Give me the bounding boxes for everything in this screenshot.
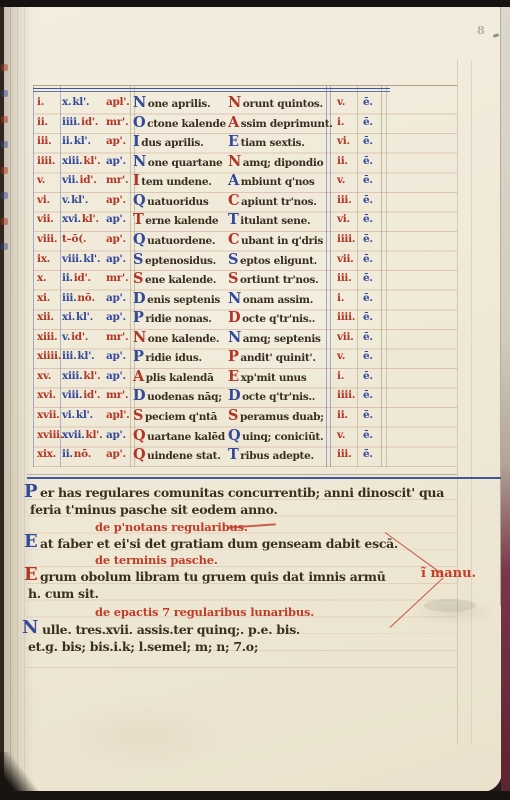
table-cell: Namq; dipondio bbox=[228, 152, 332, 174]
table-cell: i. bbox=[332, 367, 358, 389]
day-number: viii. bbox=[37, 233, 57, 245]
table-cell: xiii.kl'. bbox=[59, 152, 101, 174]
verse-text-left: ene kalende. bbox=[145, 274, 216, 286]
table-cell: Item undene. bbox=[131, 171, 228, 193]
concurrent-number: iii. bbox=[337, 194, 351, 206]
date-abbrev: kl'. bbox=[83, 155, 100, 167]
table-cell: ap'. bbox=[101, 250, 131, 272]
table-cell: Quartane kalēd bbox=[131, 426, 228, 448]
table-cell: Assim deprimunt. bbox=[228, 113, 332, 135]
date-numeral: t–ō(. bbox=[62, 233, 86, 245]
table-top-rule-blue bbox=[33, 91, 390, 92]
verse-text-left: plis kalendā bbox=[146, 372, 214, 384]
date-numeral: vii. bbox=[62, 174, 79, 186]
table-row: v.vii.id'.mr'.Item undene.Ambiunt q'nosv… bbox=[33, 171, 384, 191]
table-cell: ē. bbox=[358, 132, 384, 154]
table-cell: ē. bbox=[358, 406, 384, 428]
verse-text-right: octe q'tr'nis.. bbox=[242, 391, 315, 403]
concurrent-number: iiii. bbox=[337, 233, 355, 245]
verse-text-right: octe q'tr'nis.. bbox=[242, 313, 315, 325]
day-number: xiii. bbox=[37, 331, 57, 343]
date-abbrev: kl'. bbox=[83, 253, 100, 265]
date-numeral: iiii. bbox=[62, 116, 80, 128]
verse-initial: Q bbox=[133, 427, 146, 444]
verse-initial: C bbox=[228, 192, 240, 209]
concurrent-number: i. bbox=[337, 292, 344, 304]
photo-bottom-border bbox=[0, 791, 510, 800]
verse-text-left: enis septenis bbox=[147, 294, 220, 306]
day-number: xvii. bbox=[37, 409, 60, 421]
verse-initial: N bbox=[133, 94, 146, 111]
day-number: x. bbox=[37, 272, 46, 284]
table-cell: iiii. bbox=[33, 152, 59, 174]
day-number: xvi. bbox=[37, 389, 56, 401]
date-numeral: vi. bbox=[62, 409, 75, 421]
page-edge-seam bbox=[17, 6, 18, 792]
day-number: vi. bbox=[37, 194, 50, 206]
verse-initial: C bbox=[228, 231, 240, 248]
table-cell: t–ō(. bbox=[59, 230, 101, 252]
table-cell: ap'. bbox=[101, 289, 131, 311]
date-numeral: viii. bbox=[62, 389, 82, 401]
concurrent-number: i. bbox=[337, 116, 344, 128]
concurrent-number: iii. bbox=[337, 448, 351, 460]
rubric: de terminis pasche. bbox=[95, 553, 218, 567]
table-cell: xviii. bbox=[33, 426, 59, 448]
photo-top-border bbox=[0, 0, 510, 7]
verse-initial: Q bbox=[133, 446, 146, 463]
month-abbrev: ap'. bbox=[106, 311, 126, 323]
manuscript-scan: i.x.kl'.apl'.None aprilis.Norunt quintos… bbox=[0, 0, 510, 800]
table-cell: i. bbox=[332, 113, 358, 135]
epact-mark: ē. bbox=[363, 96, 373, 108]
table-cell: ap'. bbox=[101, 367, 131, 389]
day-number: iiii. bbox=[37, 155, 55, 167]
table-cell: mr'. bbox=[101, 171, 131, 193]
table-cell: ē. bbox=[358, 426, 384, 448]
table-cell: ii.kl'. bbox=[59, 132, 101, 154]
verse-text-right: onam assim. bbox=[243, 294, 313, 306]
table-cell: iii. bbox=[332, 445, 358, 467]
concurrent-number: ii. bbox=[337, 155, 348, 167]
text-line: grum obolum libram tu gruem quis dat imn… bbox=[40, 569, 386, 584]
table-cell: mr'. bbox=[101, 269, 131, 291]
table-cell: Aplis kalendā bbox=[131, 367, 228, 389]
table-cell: ē. bbox=[358, 445, 384, 467]
epact-mark: ē. bbox=[363, 116, 373, 128]
verse-initial: T bbox=[228, 446, 239, 463]
date-abbrev: nō. bbox=[74, 448, 91, 460]
table-top-rule-brown bbox=[33, 85, 457, 86]
table-row: ii.iiii.id'.mr'.Octone kalendeAssim depr… bbox=[33, 113, 384, 133]
table-row: xix.ii.nō.ap'.Quindene stat.Tribus adept… bbox=[33, 445, 384, 465]
table-cell: ē. bbox=[358, 328, 384, 350]
verse-initial: P bbox=[133, 309, 144, 326]
concurrent-number: v. bbox=[337, 174, 345, 186]
table-right-border-rule bbox=[386, 86, 387, 467]
month-abbrev: ap'. bbox=[106, 448, 126, 460]
table-cell: viii.kl'. bbox=[59, 250, 101, 272]
facing-page-bleed-mark bbox=[1, 167, 8, 174]
table-cell: ē. bbox=[358, 210, 384, 232]
table-cell: Pridie idus. bbox=[131, 347, 228, 369]
month-abbrev: ap'. bbox=[106, 292, 126, 304]
table-cell: Sortiunt tr'nos. bbox=[228, 269, 332, 291]
date-numeral: v. bbox=[62, 331, 70, 343]
date-abbrev: id'. bbox=[81, 116, 98, 128]
date-numeral: viii. bbox=[62, 253, 82, 265]
paragraph-initial: P bbox=[24, 481, 38, 502]
verse-text-right: ortiunt tr'nos. bbox=[240, 274, 318, 286]
date-numeral: xvii. bbox=[62, 429, 85, 441]
text-line: et.g. bis; bis.i.k; l.semel; m; n; 7.o; bbox=[28, 639, 258, 654]
text-line: h. cum sit. bbox=[28, 586, 99, 601]
table-cell: ap'. bbox=[101, 191, 131, 213]
epact-mark: ē. bbox=[363, 409, 373, 421]
table-cell: xvi. bbox=[33, 386, 59, 408]
concurrent-number: iiii. bbox=[337, 389, 355, 401]
table-cell: i. bbox=[33, 93, 59, 115]
table-row: iiii.xiii.kl'.ap'.None quartaneNamq; dip… bbox=[33, 152, 384, 172]
facing-page-bleed-mark bbox=[1, 116, 8, 123]
table-cell: xiii. bbox=[33, 328, 59, 350]
facing-page-bleed-mark bbox=[1, 192, 8, 199]
table-cell: None kalende. bbox=[131, 328, 228, 350]
concurrent-number: iiii. bbox=[337, 311, 355, 323]
verse-text-right: ubant in q'dris bbox=[241, 235, 323, 247]
text-line: er has regulares comunitas concurrentib;… bbox=[40, 485, 444, 500]
folio-number: 8 bbox=[477, 24, 485, 37]
verse-initial: O bbox=[133, 114, 146, 131]
verse-text-left: uatuoridus bbox=[147, 196, 208, 208]
table-row: xi.iii.nō.ap'.Denis septenisNonam assim.… bbox=[33, 289, 384, 309]
table-cell: v. bbox=[332, 93, 358, 115]
table-cell: viii.id'. bbox=[59, 386, 101, 408]
verse-initial: Q bbox=[133, 231, 146, 248]
table-cell: None quartane bbox=[131, 152, 228, 174]
epact-mark: ē. bbox=[363, 429, 373, 441]
table-cell: ap'. bbox=[101, 132, 131, 154]
facing-page-bleed-mark bbox=[1, 64, 8, 71]
date-abbrev: nō. bbox=[77, 292, 94, 304]
table-cell: Capiunt tr'nos. bbox=[228, 191, 332, 213]
verse-initial: D bbox=[133, 387, 146, 404]
table-cell: v. bbox=[33, 171, 59, 193]
epact-mark: ē. bbox=[363, 233, 373, 245]
table-row: x.ii.id'.mr'.Sene kalende.Sortiunt tr'no… bbox=[33, 269, 384, 289]
table-cell: Quatuoridus bbox=[131, 191, 228, 213]
epact-mark: ē. bbox=[363, 311, 373, 323]
table-cell: Docte q'tr'nis.. bbox=[228, 386, 332, 408]
verse-text-left: uartane kalēd bbox=[147, 431, 225, 443]
month-abbrev: ap'. bbox=[106, 155, 126, 167]
epact-mark: ē. bbox=[363, 174, 373, 186]
section-divider-blue bbox=[27, 477, 507, 479]
table-row: xvii.vi.kl'.apl'.Speciem q'ntāSperamus d… bbox=[33, 406, 384, 426]
verse-text-left: one quartane bbox=[148, 157, 223, 169]
month-abbrev: mr'. bbox=[106, 331, 128, 343]
table-cell: Norunt quintos. bbox=[228, 93, 332, 115]
date-numeral: xvi. bbox=[62, 213, 81, 225]
epact-mark: ē. bbox=[363, 370, 373, 382]
table-cell: ē. bbox=[358, 171, 384, 193]
table-cell: ap'. bbox=[101, 152, 131, 174]
table-cell: iii.nō. bbox=[59, 289, 101, 311]
month-abbrev: mr'. bbox=[106, 174, 128, 186]
verse-text-left: uodenas nāq; bbox=[147, 391, 222, 403]
month-abbrev: mr'. bbox=[106, 272, 128, 284]
table-cell: iii. bbox=[332, 269, 358, 291]
verse-initial: S bbox=[133, 270, 143, 287]
verse-initial: P bbox=[228, 348, 239, 365]
table-cell: vi. bbox=[332, 210, 358, 232]
table-row: xvi.viii.id'.mr'.Duodenas nāq;Docte q'tr… bbox=[33, 386, 384, 406]
concurrent-number: v. bbox=[337, 96, 345, 108]
day-number: xix. bbox=[37, 448, 56, 460]
table-cell: Pridie nonas. bbox=[131, 308, 228, 330]
table-cell: iiii. bbox=[332, 230, 358, 252]
verse-text-right: andit' quinit'. bbox=[240, 352, 315, 364]
verse-initial: A bbox=[228, 172, 239, 189]
month-abbrev: mr'. bbox=[106, 116, 128, 128]
verse-text-left: eptenosidus. bbox=[145, 255, 216, 267]
table-row: vi.v.kl'.ap'.QuatuoridusCapiunt tr'nos.i… bbox=[33, 191, 384, 211]
date-abbrev: kl'. bbox=[82, 213, 99, 225]
verse-initial: N bbox=[228, 94, 241, 111]
table-cell: xiiii. bbox=[33, 347, 59, 369]
verse-initial: D bbox=[228, 309, 241, 326]
date-abbrev: kl'. bbox=[83, 370, 100, 382]
table-cell: Septos eligunt. bbox=[228, 250, 332, 272]
table-cell: iiii.id'. bbox=[59, 113, 101, 135]
table-cell: mr'. bbox=[101, 113, 131, 135]
table-cell: None aprilis. bbox=[131, 93, 228, 115]
table-cell: apl'. bbox=[101, 93, 131, 115]
table-cell: iii. bbox=[33, 132, 59, 154]
day-number: xi. bbox=[37, 292, 50, 304]
table-cell: v. bbox=[332, 426, 358, 448]
date-numeral: iii. bbox=[62, 350, 76, 362]
table-cell: vii. bbox=[332, 328, 358, 350]
day-number: xiiii. bbox=[37, 350, 61, 362]
table-cell: Speciem q'ntā bbox=[131, 406, 228, 428]
table-cell: Tribus adepte. bbox=[228, 445, 332, 467]
table-cell: ix. bbox=[33, 250, 59, 272]
verse-text-left: ridie nonas. bbox=[145, 313, 211, 325]
table-cell: ii. bbox=[332, 152, 358, 174]
month-abbrev: mr'. bbox=[106, 389, 128, 401]
table-cell: iii.kl'. bbox=[59, 347, 101, 369]
table-top-rule-blue bbox=[33, 88, 390, 89]
computus-table: i.x.kl'.apl'.None aprilis.Norunt quintos… bbox=[33, 93, 384, 465]
table-cell: Docte q'tr'nis.. bbox=[228, 308, 332, 330]
table-row: vii.xvi.kl'.ap'.Terne kalendeTitulant se… bbox=[33, 210, 384, 230]
month-abbrev: ap'. bbox=[106, 233, 126, 245]
table-cell: xi.kl'. bbox=[59, 308, 101, 330]
table-cell: ap'. bbox=[101, 308, 131, 330]
table-cell: ē. bbox=[358, 269, 384, 291]
date-abbrev: kl'. bbox=[77, 350, 94, 362]
table-cell: ē. bbox=[358, 386, 384, 408]
table-cell: ap'. bbox=[101, 210, 131, 232]
table-cell: vi. bbox=[33, 191, 59, 213]
table-cell: x. bbox=[33, 269, 59, 291]
facing-page-bleed-mark bbox=[1, 243, 8, 250]
table-row: viii.t–ō(.ap'.Quatuordene.Cubant in q'dr… bbox=[33, 230, 384, 250]
table-cell: v.kl'. bbox=[59, 191, 101, 213]
table-cell: ē. bbox=[358, 308, 384, 330]
table-cell: iii. bbox=[332, 191, 358, 213]
table-cell: ii.id'. bbox=[59, 269, 101, 291]
verse-initial: S bbox=[228, 251, 238, 268]
table-cell: ē. bbox=[358, 93, 384, 115]
table-cell: Quinq; coniciūt. bbox=[228, 426, 332, 448]
table-cell: xvi.kl'. bbox=[59, 210, 101, 232]
day-number: vii. bbox=[37, 213, 54, 225]
table-cell: Quindene stat. bbox=[131, 445, 228, 467]
facing-page-bleed-mark bbox=[1, 141, 8, 148]
table-cell: Duodenas nāq; bbox=[131, 386, 228, 408]
verse-initial: D bbox=[228, 387, 241, 404]
month-abbrev: ap'. bbox=[106, 370, 126, 382]
table-cell: Speramus duab; bbox=[228, 406, 332, 428]
date-abbrev: kl'. bbox=[76, 311, 93, 323]
table-cell: xvii.kl'. bbox=[59, 426, 101, 448]
verse-text-left: dus aprilis. bbox=[141, 137, 203, 149]
table-cell: ē. bbox=[358, 347, 384, 369]
table-cell: Septenosidus. bbox=[131, 250, 228, 272]
verse-text-left: one kalende. bbox=[148, 333, 219, 345]
epact-mark: ē. bbox=[363, 155, 373, 167]
epact-mark: ē. bbox=[363, 350, 373, 362]
verse-text-left: uindene stat. bbox=[147, 450, 220, 462]
month-abbrev: ap'. bbox=[106, 429, 126, 441]
verse-initial: T bbox=[228, 211, 239, 228]
date-abbrev: kl'. bbox=[71, 194, 88, 206]
date-abbrev: kl'. bbox=[76, 409, 93, 421]
verse-initial: N bbox=[228, 290, 241, 307]
verse-initial: S bbox=[228, 270, 238, 287]
photo-corner-shadow bbox=[0, 752, 44, 800]
verse-text-right: uinq; coniciūt. bbox=[242, 431, 323, 443]
table-cell: Idus aprilis. bbox=[131, 132, 228, 154]
day-number: ix. bbox=[37, 253, 50, 265]
facing-page-bleed-mark bbox=[1, 218, 8, 225]
month-abbrev: ap'. bbox=[106, 350, 126, 362]
epact-mark: ē. bbox=[363, 389, 373, 401]
verse-text-left: erne kalende bbox=[145, 215, 218, 227]
text-line: at faber et ei'si det gratiam dum gensea… bbox=[40, 536, 398, 551]
verse-initial: N bbox=[133, 329, 146, 346]
verse-text-right: ssim deprimunt. bbox=[241, 118, 333, 130]
table-cell: viii. bbox=[33, 230, 59, 252]
margin-note: ĩ manu. bbox=[421, 566, 476, 581]
table-cell: Sene kalende. bbox=[131, 269, 228, 291]
right-margin-rule bbox=[471, 60, 472, 745]
verse-text-right: eptos eligunt. bbox=[240, 255, 317, 267]
table-cell: ē. bbox=[358, 113, 384, 135]
date-abbrev: id'. bbox=[71, 331, 88, 343]
paragraph-initial: N bbox=[22, 617, 38, 638]
table-cell: ii. bbox=[33, 113, 59, 135]
table-cell: Terne kalende bbox=[131, 210, 228, 232]
table-cell: Nonam assim. bbox=[228, 289, 332, 311]
table-row: iii.ii.kl'.ap'.Idus aprilis.Etiam sextis… bbox=[33, 132, 384, 152]
day-number: ii. bbox=[37, 116, 48, 128]
date-numeral: xiii. bbox=[62, 155, 82, 167]
table-cell: ap'. bbox=[101, 347, 131, 369]
table-cell: apl'. bbox=[101, 406, 131, 428]
verse-text-right: xp'mit unus bbox=[241, 372, 307, 384]
verse-initial: E bbox=[228, 368, 239, 385]
day-number: i. bbox=[37, 96, 44, 108]
rubric: de epactis 7 regularibus lunaribus. bbox=[95, 605, 314, 619]
date-numeral: ii. bbox=[62, 135, 73, 147]
month-abbrev: ap'. bbox=[106, 253, 126, 265]
concurrent-number: vi. bbox=[337, 213, 350, 225]
table-cell: vi.kl'. bbox=[59, 406, 101, 428]
table-row: xiii.v.id'.mr'.None kalende.Namq; septen… bbox=[33, 328, 384, 348]
table-cell: Cubant in q'dris bbox=[228, 230, 332, 252]
verse-text-right: itulant sene. bbox=[240, 215, 310, 227]
concurrent-number: iii. bbox=[337, 272, 351, 284]
table-cell: Pandit' quinit'. bbox=[228, 347, 332, 369]
table-cell: x.kl'. bbox=[59, 93, 101, 115]
table-cell: ē. bbox=[358, 367, 384, 389]
date-numeral: xiii. bbox=[62, 370, 82, 382]
table-cell: Ambiunt q'nos bbox=[228, 171, 332, 193]
verse-initial: I bbox=[133, 172, 140, 189]
right-margin-rule bbox=[457, 60, 458, 745]
table-cell: ē. bbox=[358, 152, 384, 174]
table-cell: ap'. bbox=[101, 426, 131, 448]
date-numeral: xi. bbox=[62, 311, 75, 323]
epact-mark: ē. bbox=[363, 135, 373, 147]
concurrent-number: v. bbox=[337, 350, 345, 362]
date-numeral: ii. bbox=[62, 448, 73, 460]
concurrent-number: v. bbox=[337, 429, 345, 441]
verse-initial: N bbox=[133, 153, 146, 170]
verse-initial: N bbox=[228, 153, 241, 170]
verse-text-right: tiam sextis. bbox=[241, 137, 305, 149]
table-row: xii.xi.kl'.ap'.Pridie nonas.Docte q'tr'n… bbox=[33, 308, 384, 328]
table-cell: vii. bbox=[332, 250, 358, 272]
table-cell: ap'. bbox=[101, 445, 131, 467]
day-number: xii. bbox=[37, 311, 54, 323]
table-cell: vi. bbox=[332, 132, 358, 154]
date-abbrev: id'. bbox=[74, 272, 91, 284]
month-abbrev: ap'. bbox=[106, 135, 126, 147]
month-abbrev: apl'. bbox=[106, 409, 130, 421]
table-cell: i. bbox=[332, 289, 358, 311]
concurrent-number: vii. bbox=[337, 331, 354, 343]
verse-text-right: ribus adepte. bbox=[240, 450, 314, 462]
concurrent-number: i. bbox=[337, 370, 344, 382]
verse-initial: S bbox=[133, 407, 143, 424]
verse-text-left: one aprilis. bbox=[148, 98, 211, 110]
table-row: xv.xiii.kl'.ap'.Aplis kalendāExp'mit unu… bbox=[33, 367, 384, 387]
table-cell: ii. bbox=[332, 406, 358, 428]
table-cell: Quatuordene. bbox=[131, 230, 228, 252]
table-cell: xii. bbox=[33, 308, 59, 330]
verse-text-right: orunt quintos. bbox=[243, 98, 323, 110]
verse-initial: T bbox=[133, 211, 144, 228]
day-number: iii. bbox=[37, 135, 51, 147]
facing-page-bleed-mark bbox=[1, 90, 8, 97]
book-edge-backdrop bbox=[501, 6, 510, 792]
table-cell: xvii. bbox=[33, 406, 59, 428]
verse-initial: N bbox=[228, 329, 241, 346]
